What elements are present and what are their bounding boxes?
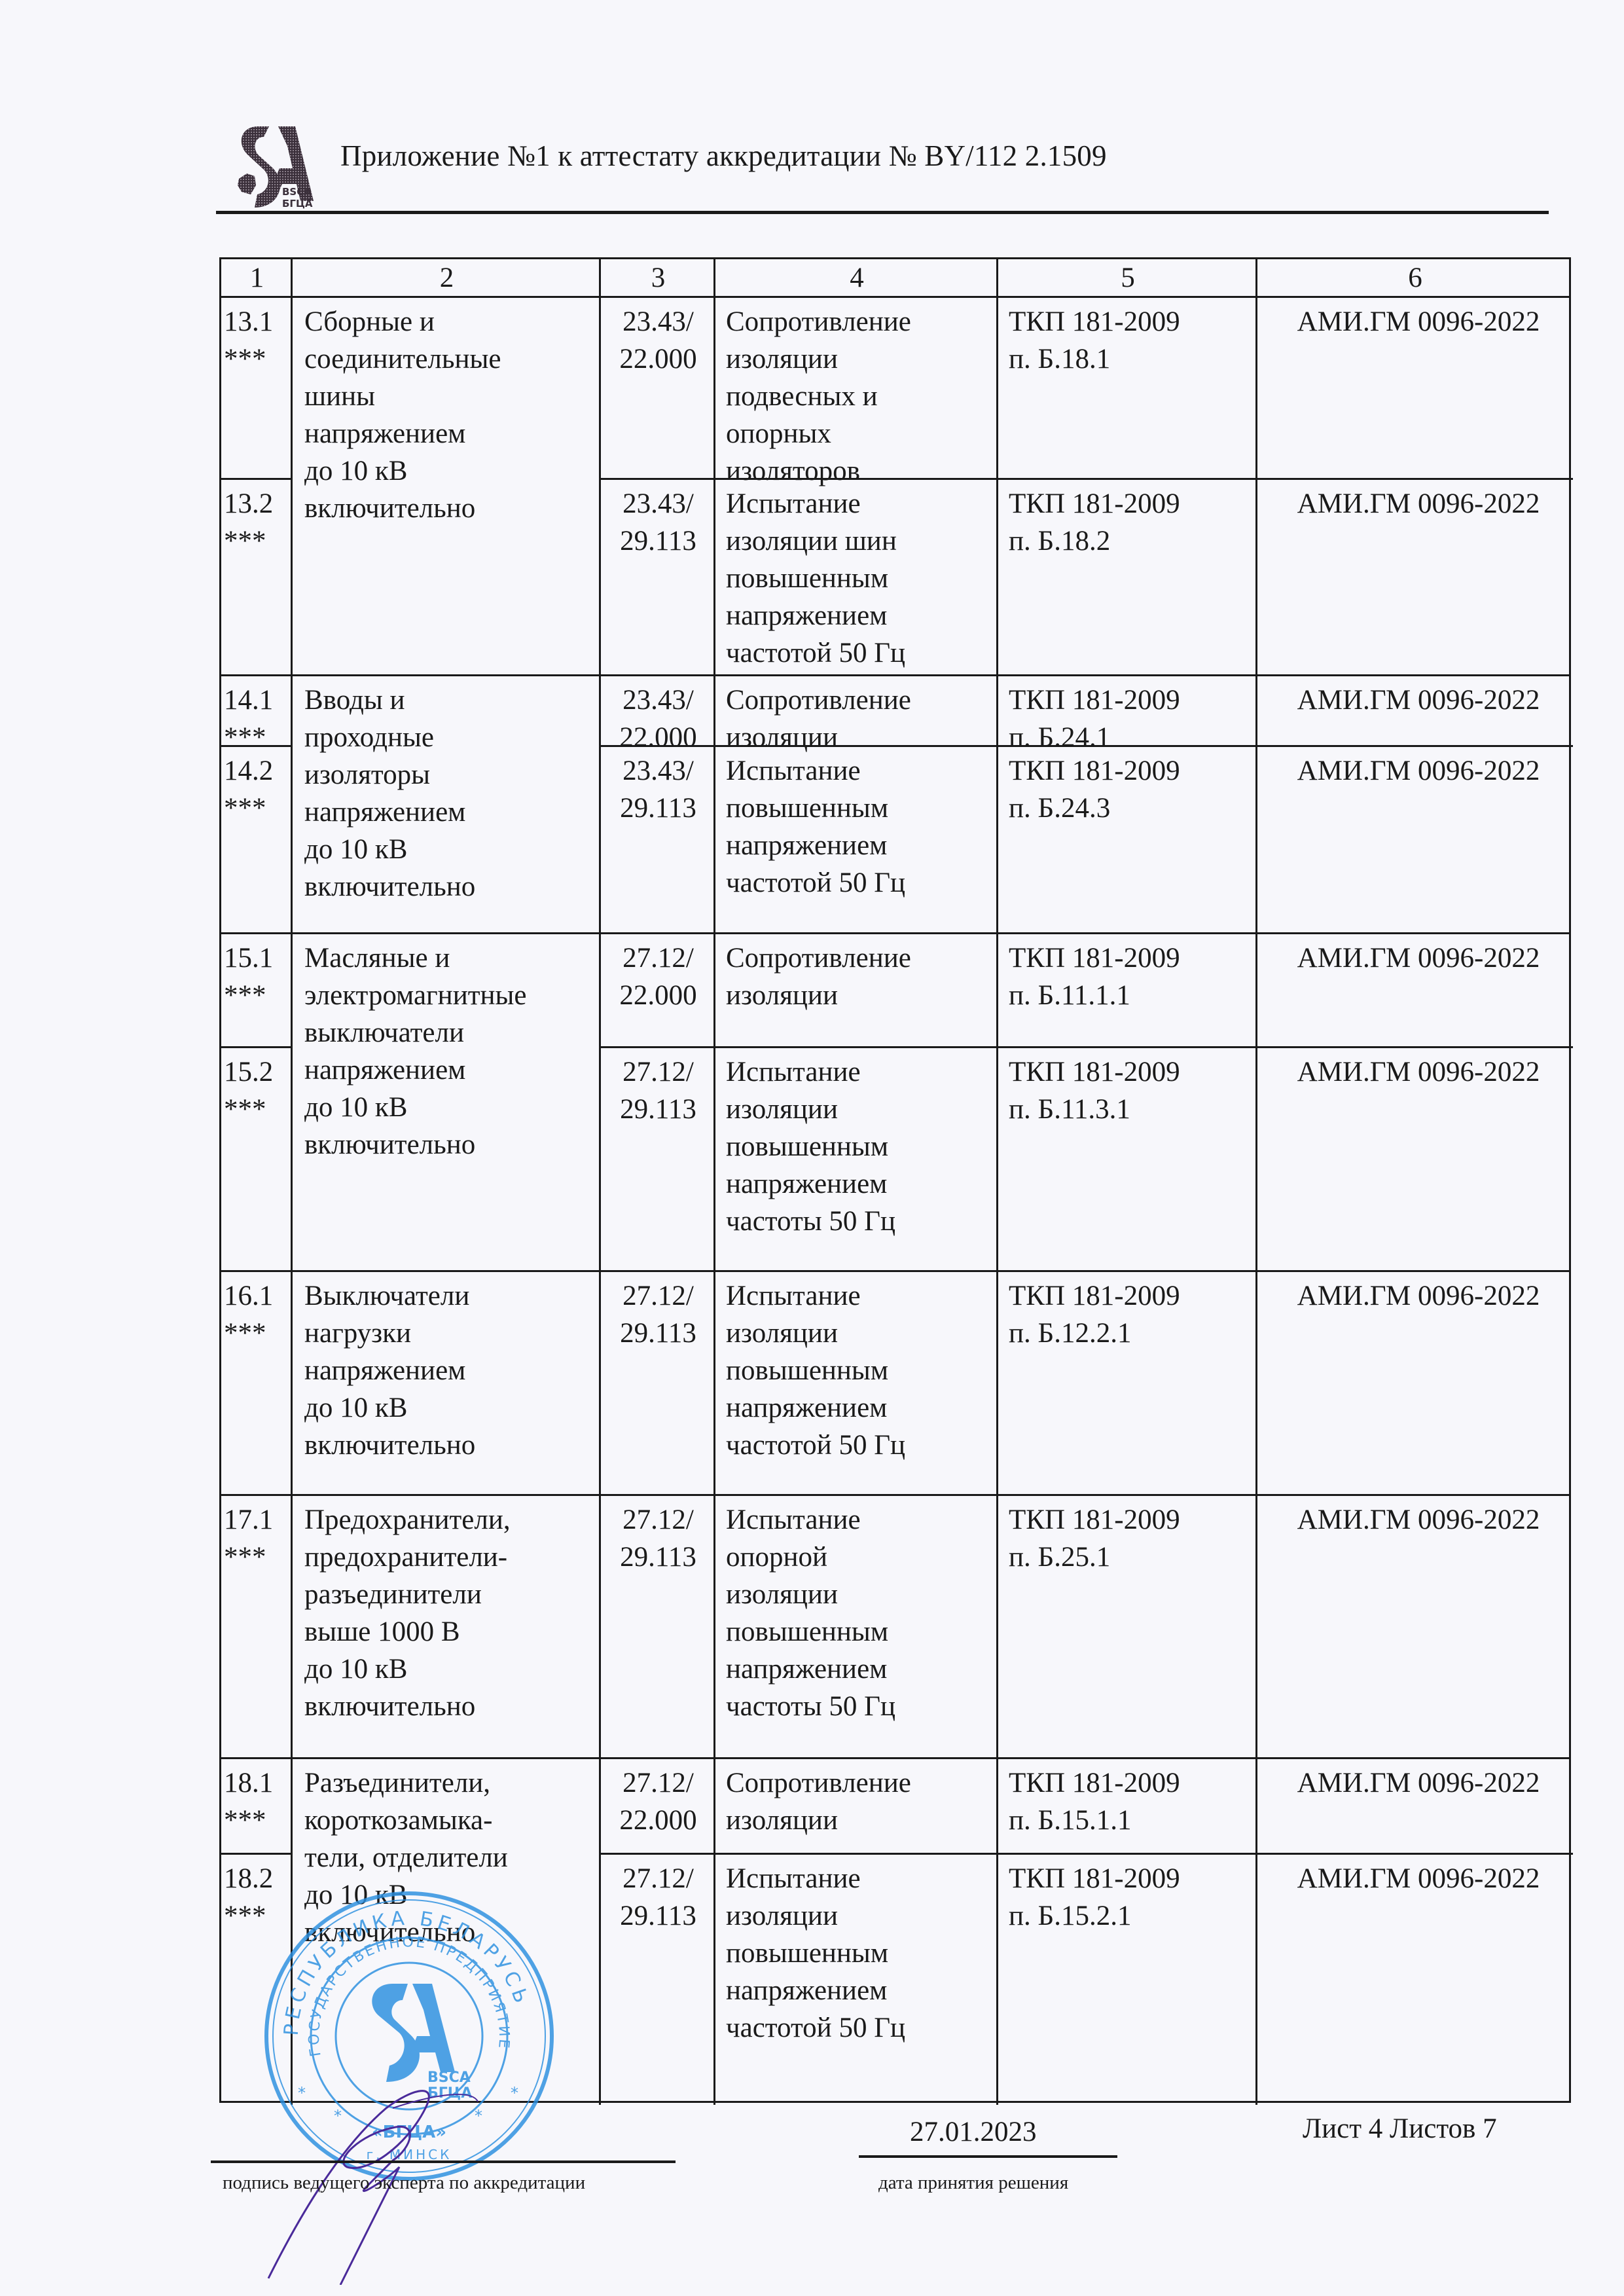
group-divider: [221, 674, 1569, 676]
cell-characteristic: Сопротивление изоляции: [726, 1764, 994, 1839]
cell-method-doc: АМИ.ГМ 0096-2022: [1268, 1764, 1569, 1802]
cell-num: 16.1 ***: [224, 1277, 289, 1352]
row-divider: [221, 1046, 293, 1048]
group-divider: [221, 1757, 1569, 1759]
column-number-6: 6: [1257, 259, 1573, 297]
cell-code: 27.12/ 29.113: [606, 1053, 710, 1128]
row-divider: [601, 1046, 1573, 1048]
column-number-5: 5: [998, 259, 1257, 297]
cell-method-doc: АМИ.ГМ 0096-2022: [1268, 1501, 1569, 1539]
cell-method-doc: АМИ.ГМ 0096-2022: [1268, 682, 1569, 719]
column-number-3: 3: [601, 259, 715, 297]
cell-num: 13.2 ***: [224, 485, 289, 560]
column-divider: [291, 259, 293, 2105]
cell-requirements-doc: ТКП 181-2009 п. Б.15.1.1: [1009, 1764, 1254, 1839]
cell-requirements-doc: ТКП 181-2009 п. Б.11.1.1: [1009, 939, 1254, 1014]
cell-code: 23.43/ 29.113: [606, 752, 710, 827]
cell-method-doc: АМИ.ГМ 0096-2022: [1268, 485, 1569, 522]
cell-method-doc: АМИ.ГМ 0096-2022: [1268, 939, 1569, 977]
column-divider: [599, 259, 601, 2105]
cell-requirements-doc: ТКП 181-2009 п. Б.11.3.1: [1009, 1053, 1254, 1128]
cell-requirements-doc: ТКП 181-2009 п. Б.25.1: [1009, 1501, 1254, 1576]
object-name: Выключатели нагрузки напряжением до 10 к…: [304, 1277, 597, 1464]
cell-num: 15.2 ***: [224, 1053, 289, 1128]
cell-method-doc: АМИ.ГМ 0096-2022: [1268, 752, 1569, 790]
column-number-2: 2: [293, 259, 601, 297]
cell-characteristic: Испытание повышенным напряжением частото…: [726, 752, 994, 902]
column-number-4: 4: [715, 259, 998, 297]
date-caption: дата принятия решения: [878, 2172, 1068, 2194]
bsca-logo-icon: BSCA БГЦА: [232, 121, 317, 216]
group-divider: [221, 1494, 1569, 1496]
cell-requirements-doc: ТКП 181-2009 п. Б.12.2.1: [1009, 1277, 1254, 1352]
row-divider: [221, 478, 293, 480]
object-name: Вводы и проходные изоляторы напряжением …: [304, 682, 597, 905]
object-name: Предохранители, предохранители- разъедин…: [304, 1501, 597, 1725]
document-title: Приложение №1 к аттестату аккредитации №…: [340, 139, 1107, 173]
cell-num: 14.2 ***: [224, 752, 289, 827]
group-divider: [221, 1270, 1569, 1272]
cell-num: 17.1 ***: [224, 1501, 289, 1576]
row-divider: [601, 1853, 1573, 1855]
date-line: [859, 2155, 1117, 2158]
row-divider: [601, 745, 1573, 747]
object-name: Сборные и соединительные шины напряжение…: [304, 303, 597, 527]
cell-characteristic: Испытание изоляции повышенным напряжение…: [726, 1277, 994, 1464]
cell-requirements-doc: ТКП 181-2009 п. Б.18.2: [1009, 485, 1254, 560]
cell-characteristic: Сопротивление изоляции: [726, 939, 994, 1014]
cell-method-doc: АМИ.ГМ 0096-2022: [1268, 1277, 1569, 1315]
signature-line: [211, 2160, 676, 2163]
column-divider: [996, 259, 998, 2105]
cell-requirements-doc: ТКП 181-2009 п. Б.18.1: [1009, 303, 1254, 378]
cell-method-doc: АМИ.ГМ 0096-2022: [1268, 1860, 1569, 1897]
svg-text:БГЦА: БГЦА: [282, 198, 313, 210]
object-name: Масляные и электромагнитные выключатели …: [304, 939, 597, 1163]
row-divider: [221, 745, 293, 747]
cell-characteristic: Сопротивление изоляции подвесных и опорн…: [726, 303, 994, 490]
cell-requirements-doc: ТКП 181-2009 п. Б.15.2.1: [1009, 1860, 1254, 1935]
cell-characteristic: Испытание изоляции шин повышенным напряж…: [726, 485, 994, 672]
cell-method-doc: АМИ.ГМ 0096-2022: [1268, 303, 1569, 340]
accreditation-scope-table: 123456Сборные и соединительные шины напр…: [219, 257, 1571, 2103]
cell-code: 27.12/ 29.113: [606, 1501, 710, 1576]
cell-method-doc: АМИ.ГМ 0096-2022: [1268, 1053, 1569, 1091]
row-divider: [601, 478, 1573, 480]
cell-requirements-doc: ТКП 181-2009 п. Б.24.3: [1009, 752, 1254, 827]
svg-text:*: *: [511, 2084, 518, 2102]
group-divider: [221, 932, 1569, 934]
cell-code: 27.12/ 22.000: [606, 939, 710, 1014]
cell-num: 18.1 ***: [224, 1764, 289, 1839]
column-number-1: 1: [221, 259, 293, 297]
cell-code: 27.12/ 29.113: [606, 1277, 710, 1352]
column-divider: [713, 259, 715, 2105]
page-number: Лист 4 Листов 7: [1303, 2113, 1497, 2145]
cell-num: 15.1 ***: [224, 939, 289, 1014]
svg-text:BSCA: BSCA: [282, 186, 312, 198]
cell-characteristic: Испытание опорной изоляции повышенным на…: [726, 1501, 994, 1725]
column-divider: [1255, 259, 1257, 2105]
header-divider: [216, 211, 1549, 214]
signature-caption: подпись ведущего эксперта по аккредитаци…: [223, 2172, 585, 2194]
cell-code: 23.43/ 22.000: [606, 303, 710, 378]
cell-num: 13.1 ***: [224, 303, 289, 378]
cell-code: 23.43/ 29.113: [606, 485, 710, 560]
cell-code: 27.12/ 22.000: [606, 1764, 710, 1839]
row-divider: [221, 1853, 293, 1855]
cell-code: 27.12/ 29.113: [606, 1860, 710, 1935]
cell-characteristic: Испытание изоляции повышенным напряжение…: [726, 1053, 994, 1240]
cell-characteristic: Испытание изоляции повышенным напряжение…: [726, 1860, 994, 2047]
decision-date: 27.01.2023: [910, 2116, 1037, 2148]
